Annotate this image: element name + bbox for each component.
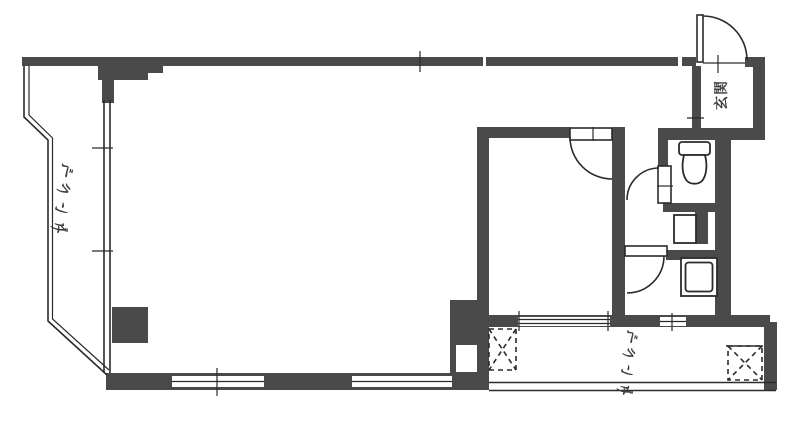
balcony-window-cut <box>518 317 610 326</box>
ac-unit-crossbox-left <box>489 329 516 370</box>
toilet-icon <box>679 142 710 184</box>
entrance-door-arc <box>703 16 747 60</box>
wall-genkan-left <box>692 66 701 128</box>
ac-unit-crossbox-right <box>726 346 763 380</box>
wall-balcony-bottom-right <box>764 322 777 390</box>
wall-top-step-small <box>148 62 163 73</box>
entrance-label: 玄関 <box>715 72 729 118</box>
wall-bedroom-left <box>477 127 489 390</box>
bathroom-door-leaf <box>625 246 667 256</box>
wall-bedroom-right <box>612 127 625 327</box>
floor-plan-canvas: 玄関 ベランダ ベランダ <box>0 0 787 434</box>
wall-washnook-bar <box>695 212 708 244</box>
floor-plan-drawing <box>0 0 787 434</box>
bathtub-inner <box>686 263 713 292</box>
bathtub-icon <box>681 258 717 296</box>
pipe-shaft-notch <box>456 345 477 372</box>
outer-walls <box>22 57 777 390</box>
toilet-door-leaf <box>658 166 671 203</box>
balcony-left-inner-line <box>29 66 109 370</box>
wall-top-break-1 <box>483 57 486 66</box>
wall-left-upper <box>102 66 114 103</box>
entrance-door-leaf <box>697 15 703 62</box>
toilet-door-arc <box>627 168 659 200</box>
bedroom-door-leaf <box>570 128 612 140</box>
toilet-tank <box>679 142 710 155</box>
bathroom-door-arc <box>627 256 664 293</box>
bedroom-door-arc <box>570 137 612 179</box>
ac-left-diag-1 <box>489 329 516 370</box>
ac-left-box <box>489 329 516 370</box>
toilet-bowl <box>683 155 707 184</box>
wall-top-break-2 <box>678 57 682 66</box>
ac-left-diag-2 <box>489 329 516 370</box>
washbasin-icon <box>674 215 696 243</box>
wall-bedroom-top <box>477 127 570 138</box>
wall-left-lower-block <box>112 307 148 343</box>
wall-toilet-bottom <box>663 203 718 212</box>
wall-right-genkan <box>753 57 765 140</box>
wall-genkan-bottom <box>658 128 765 140</box>
wall-toilet-left <box>658 140 668 168</box>
